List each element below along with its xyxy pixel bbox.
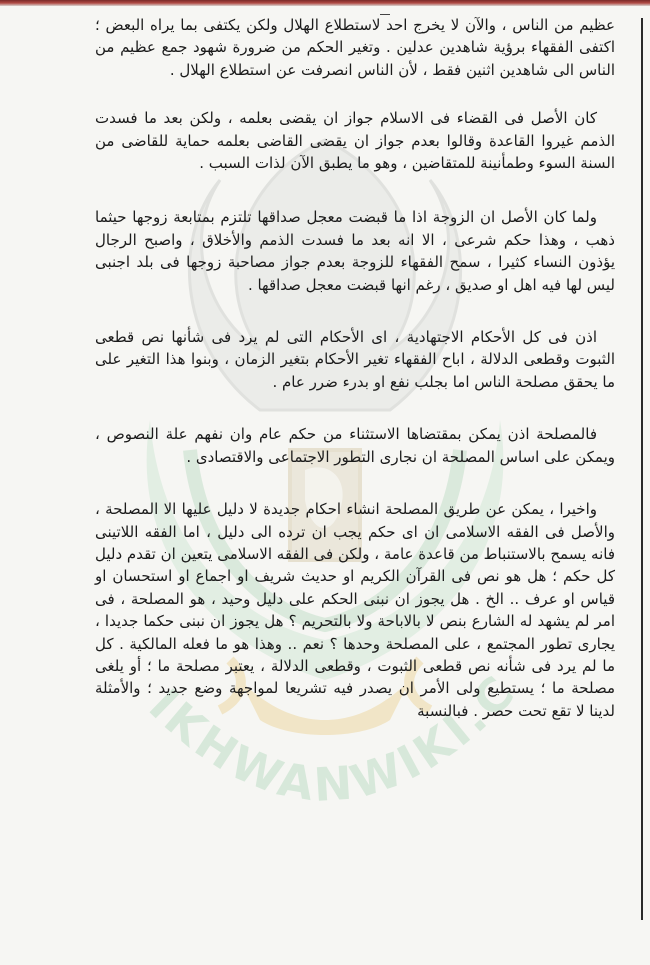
paragraph-judge-knowledge: كان الأصل فى القضاء فى الاسلام جواز ان ي… [95, 107, 615, 174]
document-page: عظيم من الناس ، والآن لا يخرج احد لاستطل… [95, 14, 615, 722]
paragraph-maslaha-exception: فالمصلحة اذن يمكن بمقتضاها الاستثناء من … [95, 423, 615, 468]
page-margin-rule [641, 18, 643, 920]
paragraph-new-rulings: واخيرا ، يمكن عن طريق المصلحة انشاء احكا… [95, 498, 615, 722]
paragraph-hilal-sighting: عظيم من الناس ، والآن لا يخرج احد لاستطل… [95, 14, 615, 81]
paragraph-ijtihadi-rulings: اذن فى كل الأحكام الاجتهادية ، اى الأحكا… [95, 326, 615, 393]
scan-top-edge [0, 0, 650, 6]
paragraph-wife-dowry: ولما كان الأصل ان الزوجة اذا ما قبضت معج… [95, 206, 615, 296]
